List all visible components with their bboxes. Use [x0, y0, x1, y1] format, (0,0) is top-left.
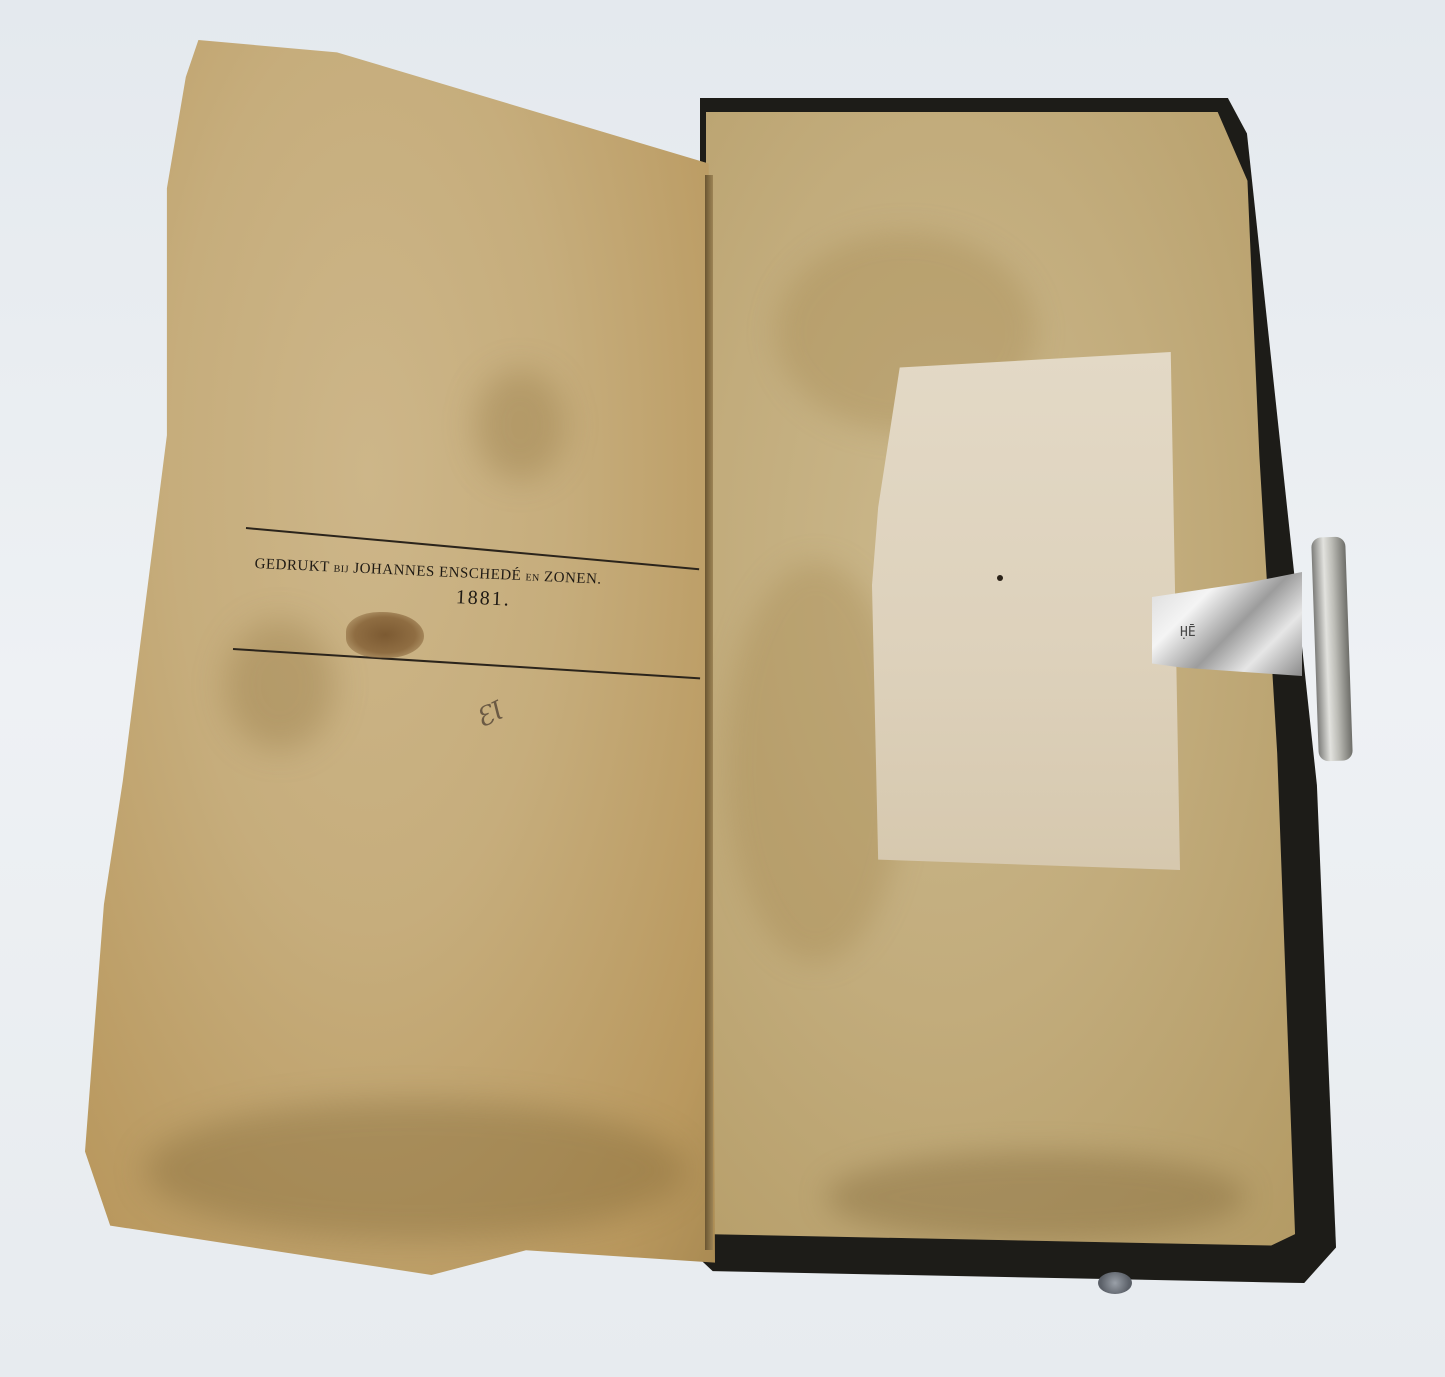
- left-page: [85, 40, 715, 1275]
- imprint-word: ZONEN.: [544, 569, 602, 588]
- imprint-word: GEDRUKT: [254, 556, 330, 575]
- imprint-word: BIJ: [333, 564, 349, 576]
- water-stain: [225, 620, 335, 750]
- imprint-word: EN: [525, 572, 540, 584]
- water-stain: [475, 370, 565, 480]
- hallmark-icon: ḤĒ: [1180, 625, 1196, 640]
- water-stain: [145, 1100, 685, 1240]
- foxing-stain: [346, 612, 424, 658]
- pasted-paper-slip: [872, 352, 1180, 870]
- clasp-hinge: [1311, 536, 1353, 761]
- cover-rivet: [1098, 1272, 1132, 1294]
- book-gutter: [705, 175, 713, 1250]
- ink-dot: [997, 575, 1003, 581]
- water-stain: [826, 1152, 1246, 1242]
